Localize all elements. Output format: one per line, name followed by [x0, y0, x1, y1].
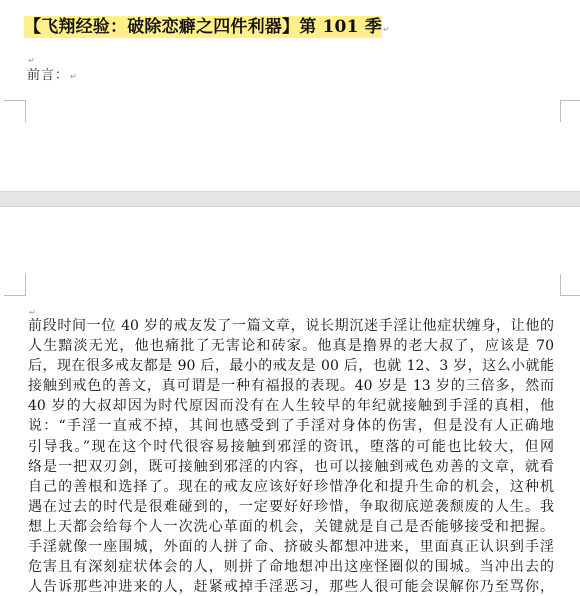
body-line: 引导我。”现在这个时代很容易接触到邪淫的资讯，堕落的可能也比较大，但网 — [28, 437, 554, 457]
margin-corner-top-left-icon — [4, 100, 26, 122]
document-title-line[interactable]: 【飞翔经验：破除恋癖之四件利器】第 101 季↵ — [24, 14, 390, 39]
page-break-gap — [0, 191, 580, 207]
document-title[interactable]: 【飞翔经验：破除恋癖之四件利器】第 101 季 — [24, 16, 382, 38]
paragraph-mark-icon: ↵ — [383, 25, 390, 34]
empty-paragraph[interactable]: ↵ — [27, 52, 35, 64]
body-line: 络是一把双刃剑，既可接触到邪淫的内容，也可以接触到戒色劝善的文章，就看 — [28, 457, 554, 477]
body-line: 自己的善根和选择了。现在的戒友应该好好珍惜净化和提升生命的机会，这种机 — [28, 477, 554, 497]
margin-corner-bottom-right-icon — [560, 274, 580, 296]
body-line: 说：“手淫一直戒不掉，其间也感受到了手淫对身体的伤害，但是没有人正确地 — [28, 416, 554, 436]
document-page-2: ↵ 前段时间一位 40 岁的戒友发了一篇文章，说长期沉迷手淫让他症状缠身，让他的… — [0, 207, 580, 596]
margin-corner-bottom-left-icon — [4, 274, 26, 296]
paragraph-mark-icon: ↵ — [28, 56, 35, 65]
margin-corner-top-right-icon — [560, 100, 580, 122]
preface-heading[interactable]: 前言：↵ — [27, 67, 78, 86]
body-line: 想上天都会给每个人一次洗心革面的机会，关键就是自己是否能够接受和把握。 — [28, 517, 554, 537]
preface-label: 前言： — [27, 68, 69, 83]
body-line: 遇在过去的时代是很难碰到的，一定要好好珍惜，争取彻底逆袭颓废的人生。我 — [28, 497, 554, 517]
document-page-1: 【飞翔经验：破除恋癖之四件利器】第 101 季↵ ↵ 前言：↵ — [0, 0, 580, 191]
body-line: 危害且有深刻症状体会的人，则拼了命地想冲出这座怪圈似的围城。当冲出去的 — [28, 557, 554, 577]
body-line: 人告诉那些冲进来的人，赶紧戒掉手淫恶习，那些人很可能会误解你乃至骂你， — [28, 577, 554, 596]
body-line: 前段时间一位 40 岁的戒友发了一篇文章，说长期沉迷手淫让他症状缠身，让他的 — [28, 316, 554, 336]
body-line: 手淫就像一座围城，外面的人拼了命、挤破头都想冲进来，里面真正认识到手淫 — [28, 537, 554, 557]
empty-paragraph[interactable]: ↵ — [28, 304, 36, 316]
body-line: 接触到戒色的善文，真可谓是一种有福报的表现。40 岁是 13 岁的三倍多，然而 — [28, 376, 554, 396]
body-line: 人生黯淡无光，他也痛批了无害论和砖家。他真是撸界的老大叔了，应该是 70 — [28, 336, 554, 356]
paragraph-mark-icon: ↵ — [70, 72, 78, 81]
body-paragraph[interactable]: 前段时间一位 40 岁的戒友发了一篇文章，说长期沉迷手淫让他症状缠身，让他的 人… — [28, 316, 554, 596]
body-line: 40 岁的大叔却因为时代原因而没有在人生较早的年纪就接触到手淫的真相，他 — [28, 396, 554, 416]
body-line: 后，现在很多戒友都是 90 后，最小的戒友是 00 后，也就 12、3 岁，这么… — [28, 356, 554, 376]
